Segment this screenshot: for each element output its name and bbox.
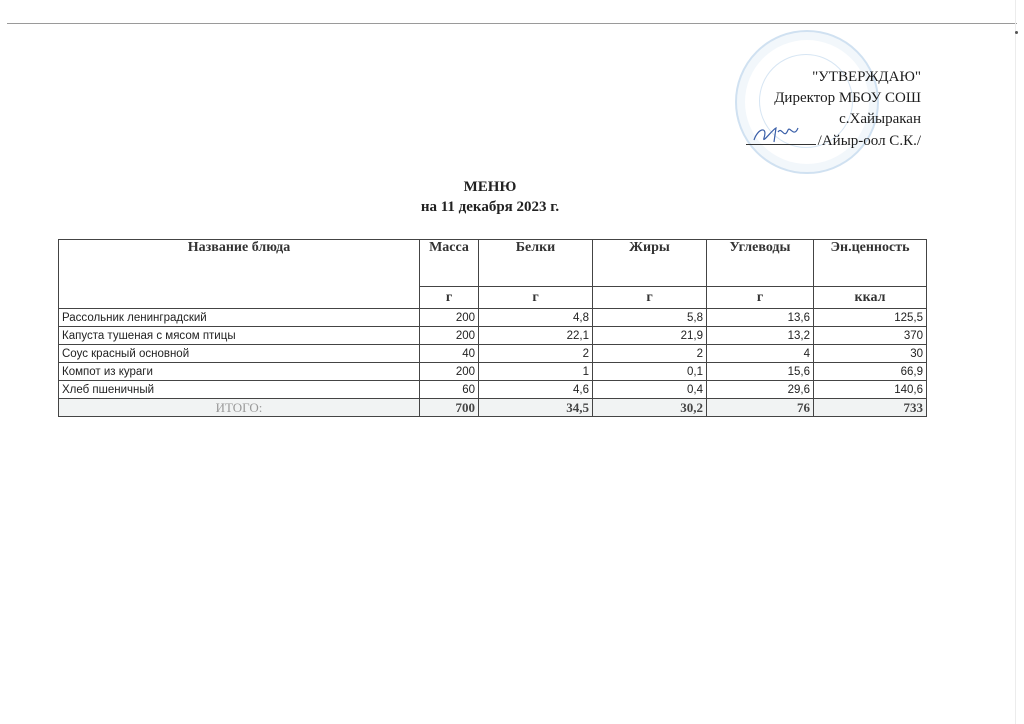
dish-name: Капуста тушеная с мясом птицы: [59, 327, 420, 345]
header-fat: Жиры: [593, 240, 707, 287]
dish-carbs: 13,2: [707, 327, 814, 345]
dish-carbs: 4: [707, 345, 814, 363]
table-row: Хлеб пшеничный 60 4,6 0,4 29,6 140,6: [59, 381, 927, 399]
total-fat: 30,2: [593, 399, 707, 417]
page-right-edge: [1015, 0, 1016, 724]
dish-carbs: 13,6: [707, 309, 814, 327]
total-energy: 733: [814, 399, 927, 417]
approval-signatory: /Айыр-оол С.К./: [818, 133, 921, 149]
total-label: ИТОГО:: [59, 399, 420, 417]
dish-protein: 1: [479, 363, 593, 381]
dish-fat: 0,1: [593, 363, 707, 381]
header-row: Название блюда Масса Белки Жиры Углеводы…: [59, 240, 927, 287]
signature-field: [746, 130, 816, 145]
dish-mass: 60: [420, 381, 479, 399]
unit-energy: ккал: [814, 287, 927, 309]
header-mass: Масса: [420, 240, 479, 287]
dish-carbs: 15,6: [707, 363, 814, 381]
dish-protein: 22,1: [479, 327, 593, 345]
document-title: МЕНЮ: [0, 179, 980, 196]
dish-protein: 4,8: [479, 309, 593, 327]
menu-table: Название блюда Масса Белки Жиры Углеводы…: [58, 239, 927, 417]
dish-mass: 40: [420, 345, 479, 363]
approval-position: Директор МБОУ СОШ: [746, 88, 921, 109]
dish-fat: 21,9: [593, 327, 707, 345]
dish-mass: 200: [420, 327, 479, 345]
page-mark-dot: [1015, 31, 1018, 34]
table-row: Соус красный основной 40 2 2 4 30: [59, 345, 927, 363]
header-protein: Белки: [479, 240, 593, 287]
dish-protein: 4,6: [479, 381, 593, 399]
unit-mass: г: [420, 287, 479, 309]
signature-icon: [750, 122, 810, 146]
approval-heading: "УТВЕРЖДАЮ": [746, 67, 921, 88]
dish-protein: 2: [479, 345, 593, 363]
total-carbs: 76: [707, 399, 814, 417]
table-row: Компот из кураги 200 1 0,1 15,6 66,9: [59, 363, 927, 381]
dish-energy: 30: [814, 345, 927, 363]
header-energy: Эн.ценность: [814, 240, 927, 287]
dish-name: Хлеб пшеничный: [59, 381, 420, 399]
dish-fat: 5,8: [593, 309, 707, 327]
document-subtitle: на 11 декабря 2023 г.: [0, 199, 980, 216]
dish-name: Соус красный основной: [59, 345, 420, 363]
dish-name: Компот из кураги: [59, 363, 420, 381]
unit-fat: г: [593, 287, 707, 309]
table-row: Рассольник ленинградский 200 4,8 5,8 13,…: [59, 309, 927, 327]
dish-mass: 200: [420, 363, 479, 381]
approval-signature-line: /Айыр-оол С.К./: [746, 130, 921, 152]
total-row: ИТОГО: 700 34,5 30,2 76 733: [59, 399, 927, 417]
dish-energy: 140,6: [814, 381, 927, 399]
dish-energy: 66,9: [814, 363, 927, 381]
dish-carbs: 29,6: [707, 381, 814, 399]
unit-protein: г: [479, 287, 593, 309]
dish-energy: 125,5: [814, 309, 927, 327]
header-dish-name: Название блюда: [59, 240, 420, 309]
total-protein: 34,5: [479, 399, 593, 417]
approval-block: "УТВЕРЖДАЮ" Директор МБОУ СОШ с.Хайырака…: [746, 67, 921, 152]
dish-fat: 2: [593, 345, 707, 363]
dish-fat: 0,4: [593, 381, 707, 399]
header-carbs: Углеводы: [707, 240, 814, 287]
dish-energy: 370: [814, 327, 927, 345]
table-row: Капуста тушеная с мясом птицы 200 22,1 2…: [59, 327, 927, 345]
menu-body: Рассольник ленинградский 200 4,8 5,8 13,…: [59, 309, 927, 417]
dish-name: Рассольник ленинградский: [59, 309, 420, 327]
unit-carbs: г: [707, 287, 814, 309]
page-top-rule: [7, 23, 1017, 24]
dish-mass: 200: [420, 309, 479, 327]
total-mass: 700: [420, 399, 479, 417]
